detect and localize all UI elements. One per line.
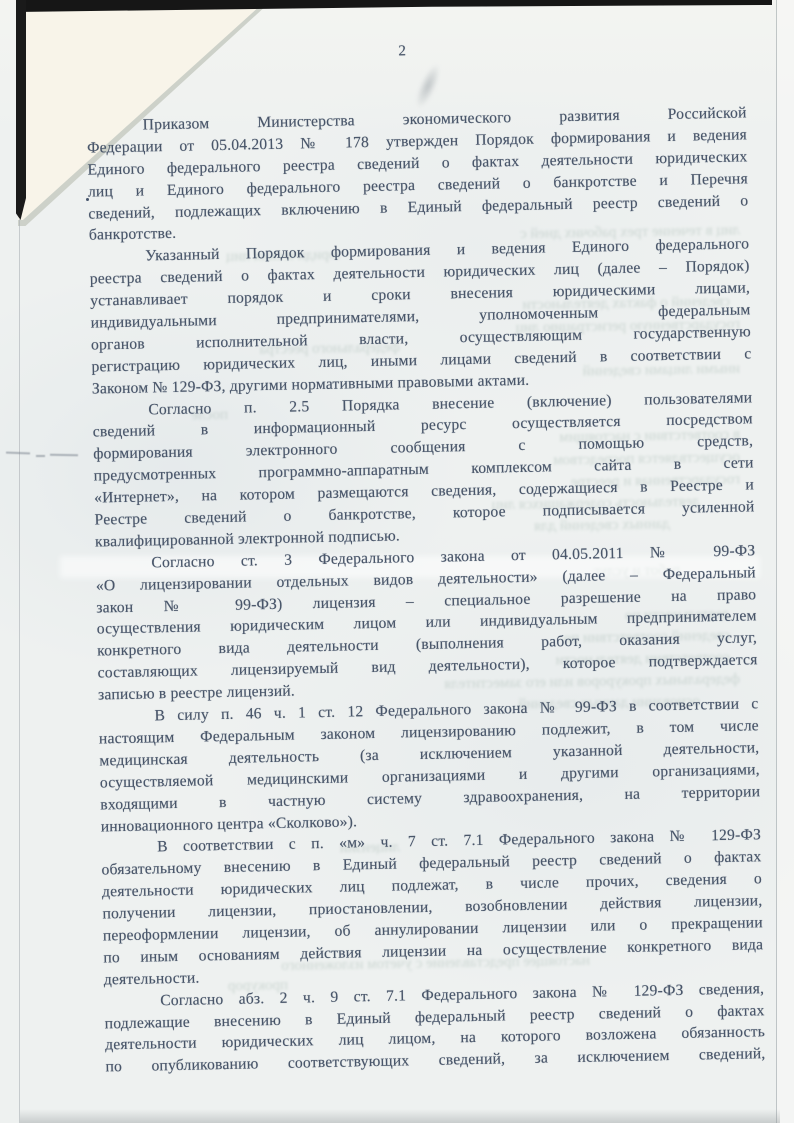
document-text-block: 2 Приказом Министерства экономического р…	[85, 33, 766, 1078]
paper-edge-right-line	[776, 0, 777, 1123]
scan-edge-left	[16, 0, 26, 220]
paragraph: Согласно п. 2.5 Порядка внесение (включе…	[92, 387, 755, 553]
pencil-dash	[50, 454, 78, 456]
paper-edge-left-line	[19, 218, 20, 1123]
pencil-dash	[6, 452, 30, 455]
scanned-document-page: лиц в течение трех рабочих дней сюридиче…	[0, 0, 794, 1123]
scan-edge-bottom	[20, 1109, 780, 1123]
paragraph: В соответствии с п. «м» ч. 7 ст. 7.1 Фед…	[101, 825, 764, 991]
paragraph: Приказом Министерства экономического раз…	[86, 102, 749, 247]
paragraphs: Приказом Министерства экономического раз…	[86, 102, 765, 1078]
paragraph: Указанный Порядок формирования и ведения…	[89, 234, 752, 400]
pencil-dash	[36, 455, 45, 457]
paragraph: В силу п. 46 ч. 1 ст. 12 Федерального за…	[98, 693, 761, 838]
paragraph: Согласно абз. 2 ч. 9 ст. 7.1 Федеральног…	[104, 978, 766, 1079]
paragraph: Согласно ст. 3 Федерального закона от 04…	[95, 540, 758, 706]
paper-margin-right	[777, 0, 794, 1123]
